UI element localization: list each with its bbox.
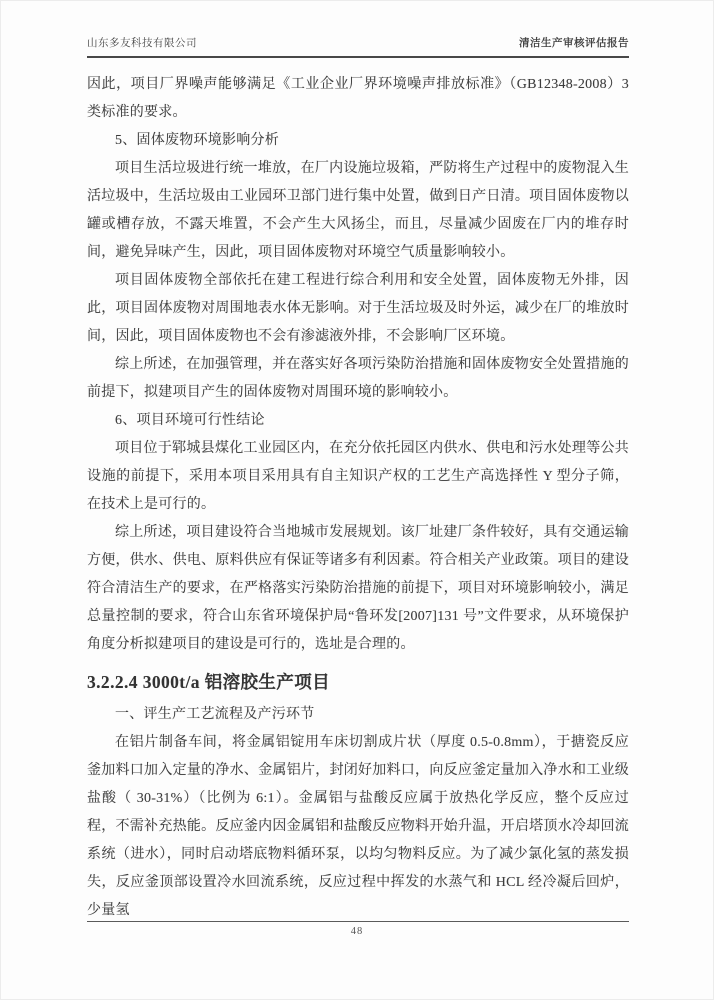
paragraph-solid-waste-disposal: 项目固体废物全部依托在建工程进行综合利用和安全处置，固体废物无外排，因此，项目固… xyxy=(87,267,629,351)
paragraph-domestic-garbage: 项目生活垃圾进行统一堆放，在厂内设施垃圾箱，严防将生产过程中的废物混入生活垃圾中… xyxy=(87,155,629,267)
paragraph-aluminum-sheet-process: 在铝片制备车间，将金属铝锭用车床切割成片状（厚度 0.5-0.8mm），于搪瓷反… xyxy=(87,729,629,925)
paragraph-overall-conclusion: 综上所述，项目建设符合当地城市发展规划。该厂址建厂条件较好，具有交通运输方便，供… xyxy=(87,519,629,659)
page-header: 山东多友科技有限公司 清洁生产审核评估报告 xyxy=(87,35,629,58)
subheading-env-feasibility-conclusion: 6、项目环境可行性结论 xyxy=(87,407,629,435)
page-number: 48 xyxy=(1,926,713,937)
document-page: 山东多友科技有限公司 清洁生产审核评估报告 因此，项目厂界噪声能够满足《工业企业… xyxy=(0,0,714,1000)
section-heading-aluminum-sol-project: 3.2.2.4 3000t/a 铝溶胶生产项目 xyxy=(87,668,629,696)
footer-rule xyxy=(87,921,629,922)
header-company-name: 山东多友科技有限公司 xyxy=(87,35,197,50)
subheading-solid-waste-analysis: 5、固体废物环境影响分析 xyxy=(87,127,629,155)
paragraph-project-location: 项目位于郓城县煤化工业园区内，在充分依托园区内供水、供电和污水处理等公共设施的前… xyxy=(87,435,629,519)
paragraph-solid-waste-summary: 综上所述，在加强管理，并在落实好各项污染防治措施和固体废物安全处置措施的前提下，… xyxy=(87,351,629,407)
header-report-title: 清洁生产审核评估报告 xyxy=(519,35,629,50)
subheading-process-flow: 一、评生产工艺流程及产污环节 xyxy=(87,701,629,729)
paragraph-noise-standard: 因此，项目厂界噪声能够满足《工业企业厂界环境噪声排放标准》（GB12348-20… xyxy=(87,71,629,127)
document-body: 因此，项目厂界噪声能够满足《工业企业厂界环境噪声排放标准》（GB12348-20… xyxy=(87,71,629,925)
